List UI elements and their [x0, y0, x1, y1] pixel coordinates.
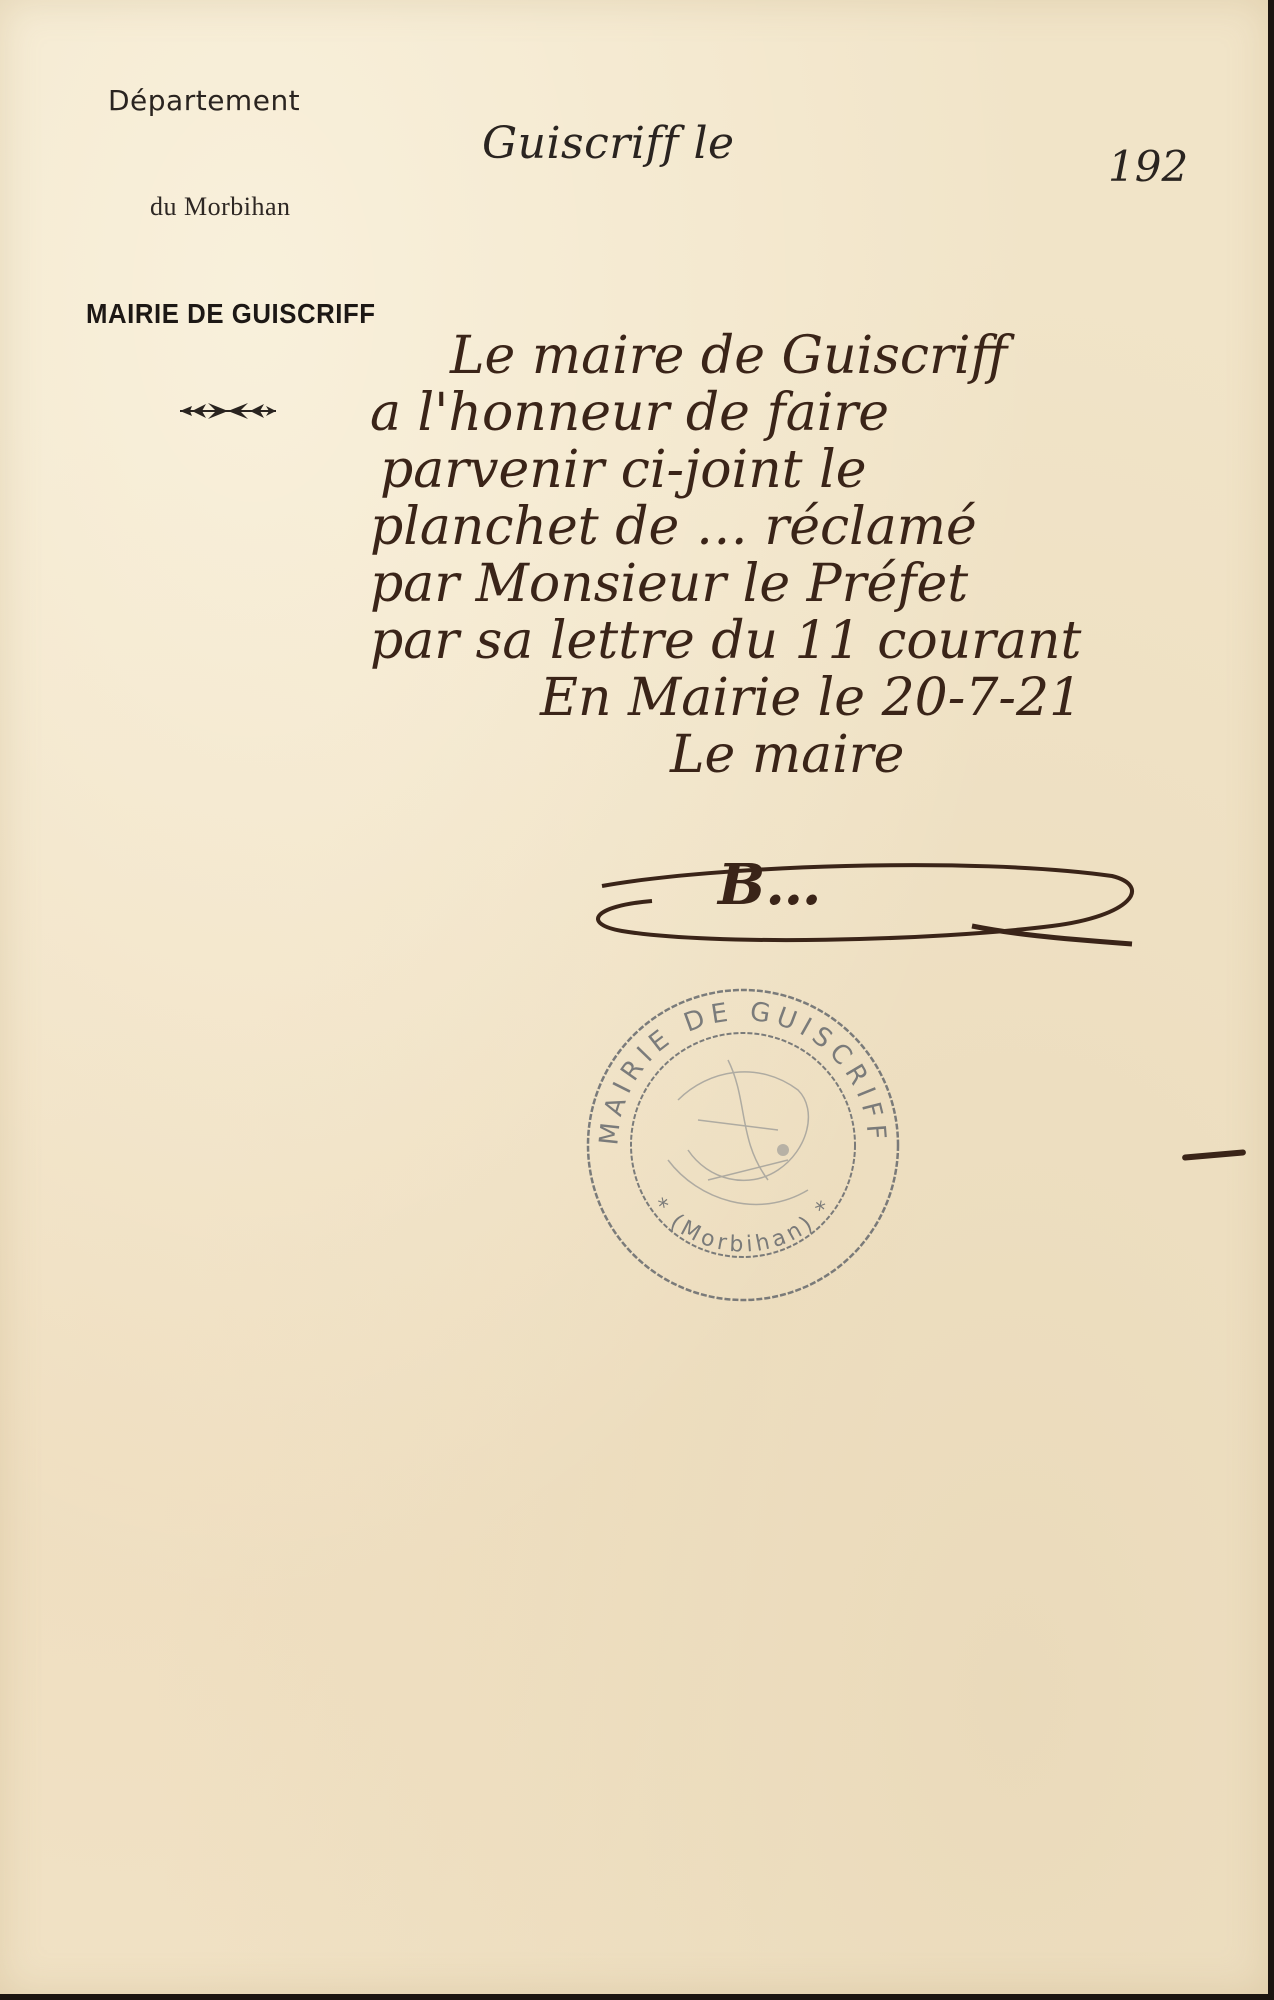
note-line-date: En Mairie le 20-7-21	[540, 670, 1274, 727]
office-heading: MAIRIE DE GUISCRIFF	[86, 298, 376, 330]
handwritten-note: Le maire de Guiscriff a l'honneur de fai…	[360, 328, 1270, 784]
note-line: a l'honneur de faire	[370, 385, 1274, 442]
floral-ornament-icon	[178, 398, 278, 424]
place-date-line: Guiscriff le	[482, 118, 735, 169]
note-line: planchet de … réclamé	[370, 499, 1274, 556]
note-line-closing: Le maire	[670, 727, 1274, 784]
note-line: par Monsieur le Préfet	[370, 556, 1274, 613]
year-prefix: 192	[1108, 142, 1188, 191]
note-line: Le maire de Guiscriff	[450, 328, 1274, 385]
scan-border-bottom	[0, 1994, 1274, 2000]
department-name: du Morbihan	[150, 192, 291, 222]
note-line: par sa lettre du 11 courant	[370, 613, 1274, 670]
department-label: Département	[108, 84, 300, 117]
scan-border-right	[1268, 0, 1274, 2000]
official-stamp-icon: MAIRIE DE GUISCRIFF * (Morbihan) *	[578, 980, 908, 1310]
signature: B…	[718, 852, 821, 918]
signature-flourish-icon	[592, 846, 1152, 956]
note-line: parvenir ci-joint le	[380, 442, 1274, 499]
